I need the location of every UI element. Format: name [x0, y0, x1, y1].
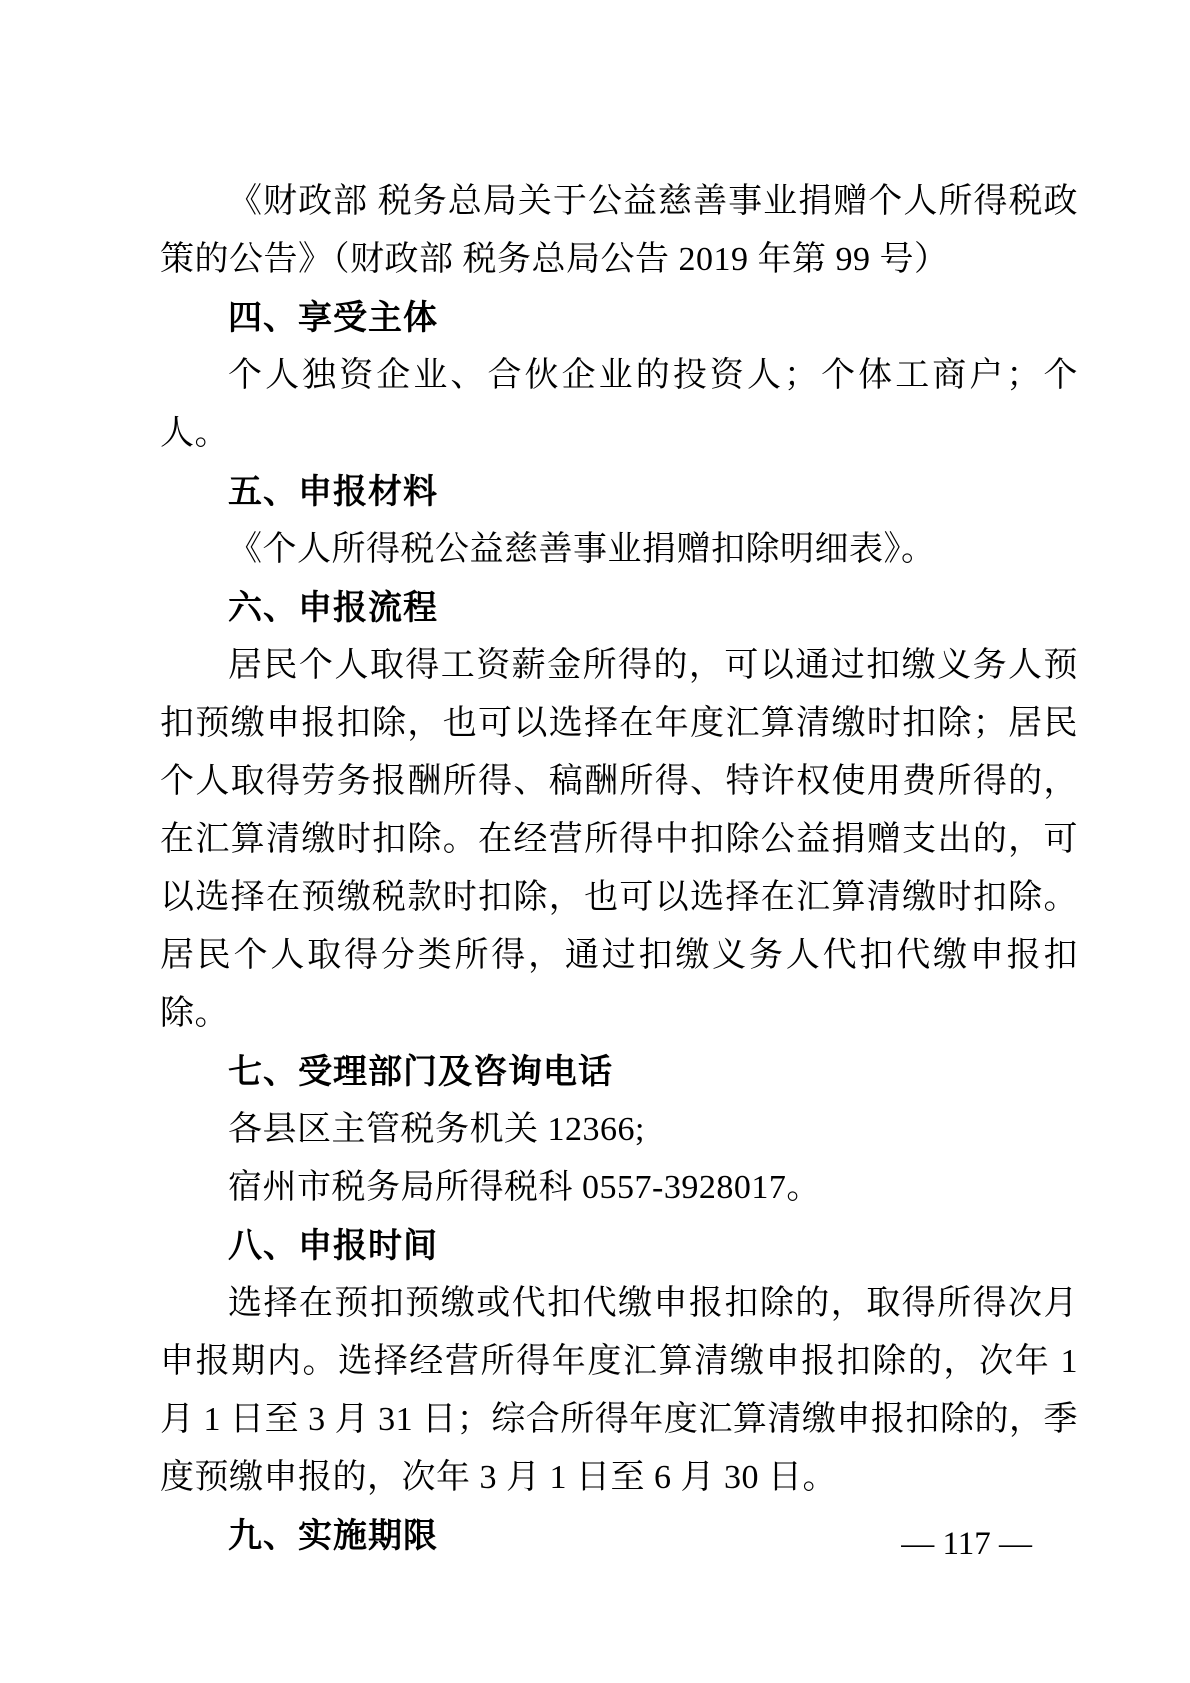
section-heading: 六、申报流程 — [160, 579, 1078, 637]
section-heading: 八、申报时间 — [160, 1217, 1078, 1275]
page-number: — 117 — — [901, 1524, 1032, 1564]
body-paragraph: 选择在预扣预缴或代扣代缴申报扣除的，取得所得次月申报期内。选择经营所得年度汇算清… — [160, 1275, 1078, 1507]
section-heading: 七、受理部门及咨询电话 — [160, 1043, 1078, 1101]
document-page: 《财政部 税务总局关于公益慈善事业捐赠个人所得税政策的公告》（财政部 税务总局公… — [0, 0, 1190, 1683]
body-paragraph: 居民个人取得工资薪金所得的，可以通过扣缴义务人预扣预缴申报扣除，也可以选择在年度… — [160, 637, 1078, 1043]
body-paragraph: 《财政部 税务总局关于公益慈善事业捐赠个人所得税政策的公告》（财政部 税务总局公… — [160, 173, 1078, 289]
body-paragraph: 《个人所得税公益慈善事业捐赠扣除明细表》。 — [160, 521, 1078, 579]
section-heading: 五、申报材料 — [160, 463, 1078, 521]
document-content: 《财政部 税务总局关于公益慈善事业捐赠个人所得税政策的公告》（财政部 税务总局公… — [160, 173, 1078, 1565]
body-paragraph: 个人独资企业、合伙企业的投资人；个体工商户；个人。 — [160, 347, 1078, 463]
body-paragraph: 宿州市税务局所得税科 0557-3928017。 — [160, 1159, 1078, 1217]
section-heading: 四、享受主体 — [160, 289, 1078, 347]
body-paragraph: 各县区主管税务机关 12366; — [160, 1101, 1078, 1159]
